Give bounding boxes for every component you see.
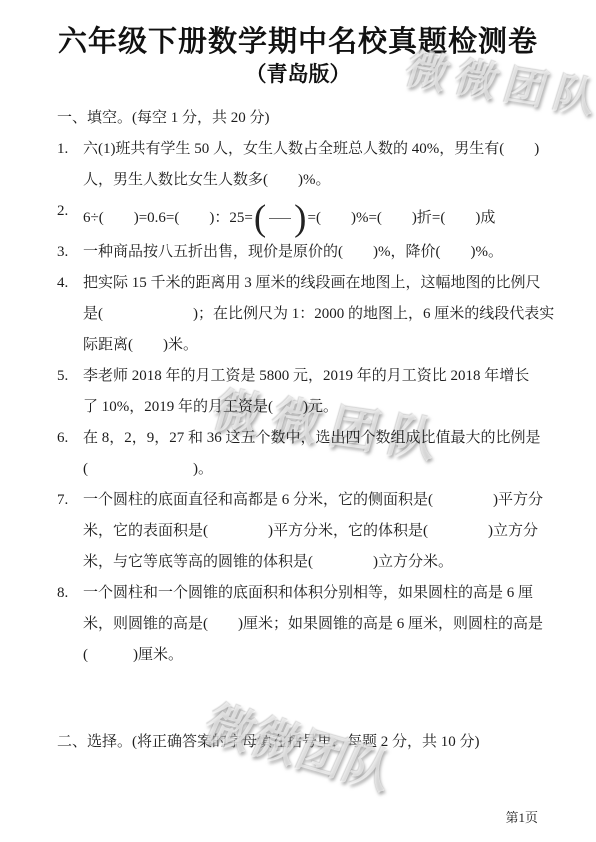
question-line: 一个圆柱和一个圆锥的底面积和体积分别相等，如果圆柱的高是 6 厘 [83, 578, 546, 609]
question-line: 一种商品按八五折出售，现价是原价的( )%，降价( )%。 [83, 237, 546, 268]
page-number: 第1页 [505, 807, 538, 826]
fraction-right-paren: ) [294, 203, 306, 234]
question-line: 一个圆柱的底面直径和高都是 6 分米，它的侧面积是( )平方分 [83, 485, 546, 516]
question-line: 米，与它等底等高的圆锥的体积是( )立方分米。 [83, 547, 546, 578]
question-number: 4. [57, 268, 68, 299]
question-text-after-fraction: =( )%=( )折=( )成 [308, 203, 496, 234]
question-number: 6. [57, 423, 68, 454]
question-line: 6÷( )=0.6=( )：25=()=( )%=( )折=( )成 [83, 196, 546, 237]
question-line: 人，男生人数比女生人数多( )%。 [83, 165, 546, 196]
fraction-bar [269, 218, 291, 219]
question-item: 2.6÷( )=0.6=( )：25=()=( )%=( )折=( )成 [57, 196, 546, 237]
question-line: 是( )；在比例尺为 1：2000 的地图上，6 厘米的线段代表实 [83, 299, 546, 330]
question-item: 6.在 8，2，9，27 和 36 这五个数中，选出四个数组成比值最大的比例是(… [57, 423, 546, 485]
question-item: 7.一个圆柱的底面直径和高都是 6 分米，它的侧面积是( )平方分米，它的表面积… [57, 485, 546, 578]
section-choice-heading: 二、选择。(将正确答案的字母填在括号里，每题 2 分，共 10 分) [57, 727, 546, 758]
question-number: 8. [57, 578, 68, 609]
question-number: 3. [57, 237, 68, 268]
question-line: 把实际 15 千米的距离用 3 厘米的线段画在地图上，这幅地图的比例尺 [83, 268, 546, 299]
question-line: 六(1)班共有学生 50 人，女生人数占全班总人数的 40%，男生有( ) [83, 134, 546, 165]
question-line: 李老师 2018 年的月工资是 5800 元，2019 年的月工资比 2018 … [83, 361, 546, 392]
question-number: 5. [57, 361, 68, 392]
fraction-left-paren: ( [254, 203, 266, 234]
question-number: 1. [57, 134, 68, 165]
fraction-blank: () [254, 203, 307, 234]
question-line: ( )厘米。 [83, 640, 546, 671]
question-number: 7. [57, 485, 68, 516]
page-subtitle: （青岛版） [0, 62, 596, 88]
question-line: 了 10%，2019 年的月工资是( )元。 [83, 392, 546, 423]
page-title: 六年级下册数学期中名校真题检测卷 [30, 26, 566, 59]
question-number: 2. [57, 196, 68, 227]
question-item: 3.一种商品按八五折出售，现价是原价的( )%，降价( )%。 [57, 237, 546, 268]
question-line: ( )。 [83, 454, 546, 485]
question-item: 8.一个圆柱和一个圆锥的底面积和体积分别相等，如果圆柱的高是 6 厘米，则圆锥的… [57, 578, 546, 671]
question-line: 在 8，2，9，27 和 36 这五个数中，选出四个数组成比值最大的比例是 [83, 423, 546, 454]
question-text-before-fraction: 6÷( )=0.6=( )：25= [83, 203, 253, 234]
question-line: 际距离( )米。 [83, 330, 546, 361]
question-item: 1.六(1)班共有学生 50 人，女生人数占全班总人数的 40%，男生有( )人… [57, 134, 546, 196]
section-fill-heading: 一、填空。(每空 1 分，共 20 分) [57, 103, 546, 134]
exam-page: 微微团队 微微团队 微微团队 六年级下册数学期中名校真题检测卷 （青岛版） 一、… [0, 0, 596, 842]
question-item: 5.李老师 2018 年的月工资是 5800 元，2019 年的月工资比 201… [57, 361, 546, 423]
question-list: 1.六(1)班共有学生 50 人，女生人数占全班总人数的 40%，男生有( )人… [57, 134, 546, 671]
question-line: 米，则圆锥的高是( )厘米；如果圆锥的高是 6 厘米，则圆柱的高是 [83, 609, 546, 640]
content: 一、填空。(每空 1 分，共 20 分) 1.六(1)班共有学生 50 人，女生… [57, 103, 546, 758]
question-item: 4.把实际 15 千米的距离用 3 厘米的线段画在地图上，这幅地图的比例尺是( … [57, 268, 546, 361]
question-line: 米，它的表面积是( )平方分米，它的体积是( )立方分 [83, 516, 546, 547]
